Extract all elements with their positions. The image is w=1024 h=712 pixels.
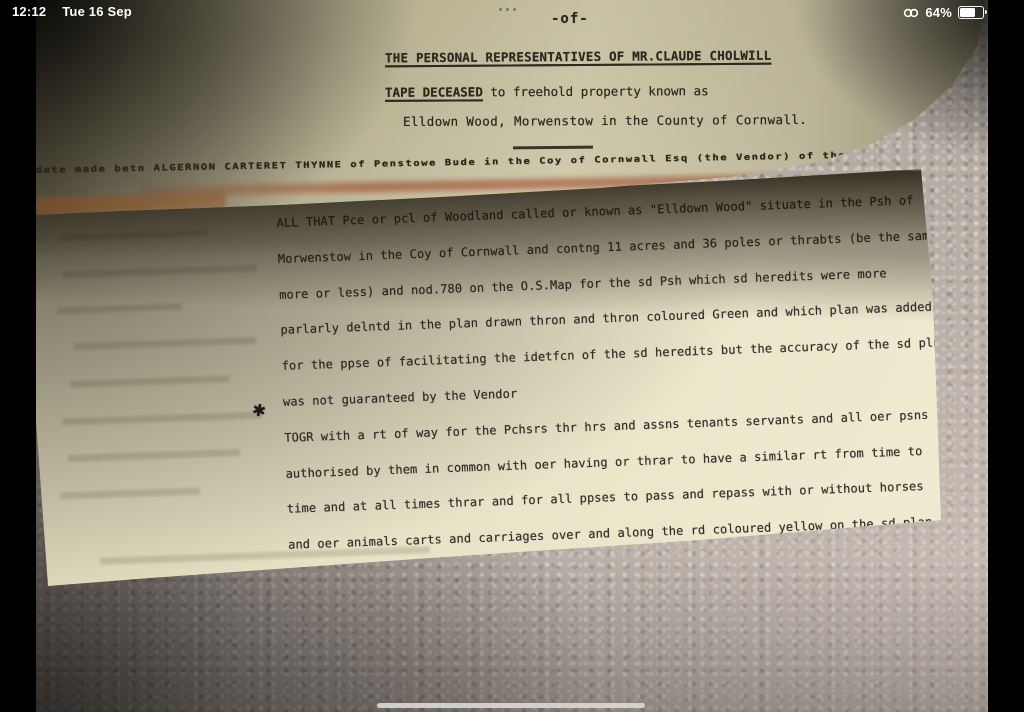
page-header-of: -of- (551, 11, 589, 27)
deed-title-line3: Elldown Wood, Morwenstow in the County o… (403, 112, 807, 129)
multitasking-dots-icon[interactable] (499, 8, 516, 11)
deed-title-line2-rest: to freehold property known as (483, 83, 709, 99)
status-bar-right: 64% (903, 5, 984, 20)
status-date: Tue 16 Sep (62, 4, 132, 19)
battery-percent: 64% (925, 5, 952, 20)
deed-title-line2: TAPE DECEASED to freehold property known… (385, 83, 709, 100)
personal-hotspot-icon (903, 7, 919, 19)
battery-icon (958, 6, 984, 19)
deed-title-deceased: TAPE DECEASED (385, 84, 483, 100)
status-time: 12:12 (12, 4, 46, 19)
section-rule (513, 146, 593, 149)
status-bar-left: 12:12 Tue 16 Sep (12, 4, 132, 19)
home-indicator-handle[interactable] (377, 703, 645, 708)
deed-title-line1: THE PERSONAL REPRESENTATIVES OF MR.CLAUD… (385, 48, 771, 66)
